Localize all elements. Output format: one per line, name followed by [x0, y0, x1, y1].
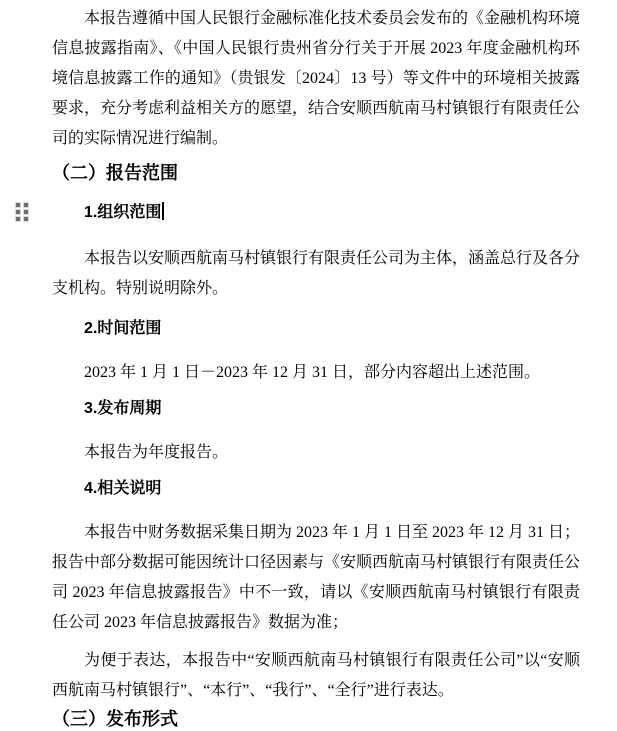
- paragraph-release-cycle-text: 本报告为年度报告。: [84, 444, 228, 461]
- paragraph-release-cycle: 本报告为年度报告。: [52, 438, 580, 468]
- subheading-release-cycle: 3.发布周期: [52, 398, 580, 420]
- paragraph-related-notes-1-text: 本报告中财务数据采集日期为 2023 年 1 月 1 日至 2023 年 12 …: [52, 524, 580, 631]
- paragraph-related-notes-1: 本报告中财务数据采集日期为 2023 年 1 月 1 日至 2023 年 12 …: [52, 518, 580, 638]
- drag-handle-dot: [24, 217, 28, 221]
- section-heading-release-form: （三）发布形式: [52, 708, 580, 730]
- drag-handle-dot: [24, 210, 28, 214]
- document-page: 本报告遵循中国人民银行金融标准化技术委员会发布的《金融机构环境信息披露指南》、《…: [0, 0, 617, 731]
- paragraph-intro: 本报告遵循中国人民银行金融标准化技术委员会发布的《金融机构环境信息披露指南》、《…: [52, 4, 580, 154]
- subheading-release-cycle-text: 3.发布周期: [84, 400, 161, 417]
- paragraph-org-scope: 本报告以安顺西航南马村镇银行有限责任公司为主体，涵盖总行及各分支机构。特别说明除…: [52, 244, 580, 304]
- text-cursor: [162, 202, 164, 220]
- subheading-time-scope: 2.时间范围: [52, 318, 580, 340]
- paragraph-related-notes-2-text: 为便于表达，本报告中“安顺西航南马村镇银行有限责任公司”以“安顺西航南马村镇银行…: [52, 652, 580, 699]
- paragraph-intro-text: 本报告遵循中国人民银行金融标准化技术委员会发布的《金融机构环境信息披露指南》、《…: [52, 10, 580, 147]
- paragraph-org-scope-text: 本报告以安顺西航南马村镇银行有限责任公司为主体，涵盖总行及各分支机构。特别说明除…: [52, 250, 580, 297]
- section-heading-report-scope-text: （二）报告范围: [52, 163, 178, 183]
- paragraph-time-scope: 2023 年 1 月 1 日－2023 年 12 月 31 日，部分内容超出上述…: [52, 358, 580, 388]
- subheading-related-notes-text: 4.相关说明: [84, 480, 161, 497]
- section-heading-report-scope: （二）报告范围: [52, 162, 580, 184]
- subheading-org-scope-text: 1.组织范围: [84, 204, 161, 221]
- drag-handle-dot: [16, 203, 20, 207]
- section-heading-release-form-text: （三）发布形式: [52, 709, 178, 729]
- drag-handle-icon[interactable]: [16, 203, 28, 221]
- subheading-related-notes: 4.相关说明: [52, 478, 580, 500]
- drag-handle-dot: [16, 217, 20, 221]
- paragraph-related-notes-2: 为便于表达，本报告中“安顺西航南马村镇银行有限责任公司”以“安顺西航南马村镇银行…: [52, 646, 580, 706]
- subheading-org-scope: 1.组织范围: [52, 202, 580, 224]
- drag-handle-dot: [24, 203, 28, 207]
- paragraph-time-scope-text: 2023 年 1 月 1 日－2023 年 12 月 31 日，部分内容超出上述…: [84, 364, 540, 381]
- subheading-time-scope-text: 2.时间范围: [84, 320, 161, 337]
- drag-handle-dot: [16, 210, 20, 214]
